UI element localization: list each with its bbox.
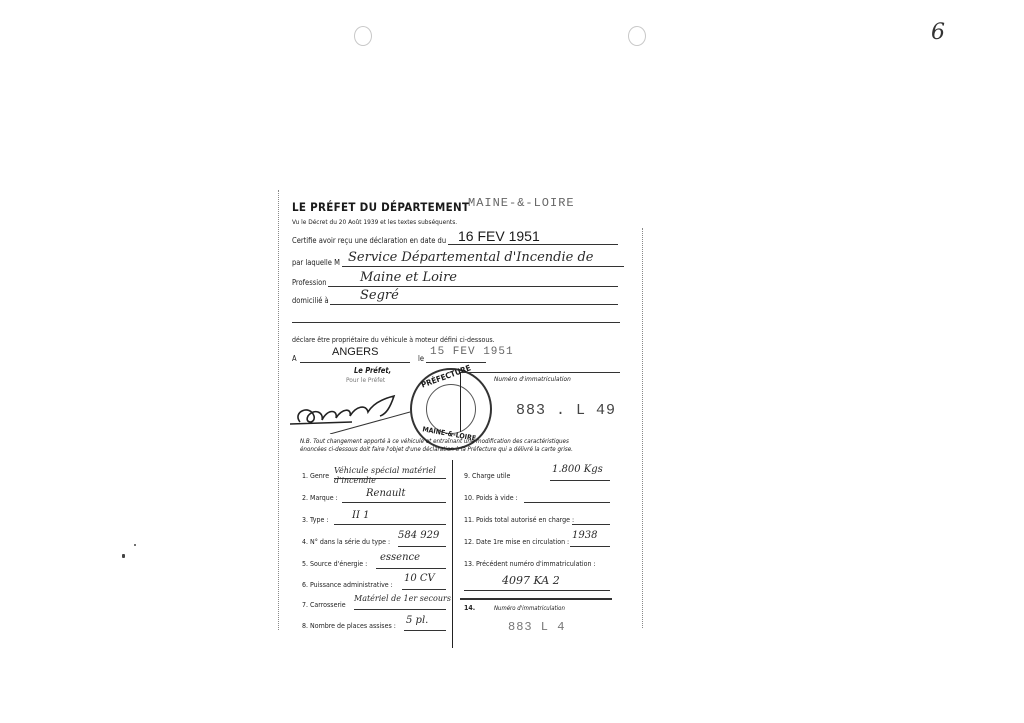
field-line <box>354 609 446 610</box>
right-margin-dots <box>642 228 644 628</box>
field-line <box>464 590 610 591</box>
field-value: essence <box>380 552 420 563</box>
field-label: 1. Genre <box>302 472 329 480</box>
header-title: LE PRÉFET DU DÉPARTEMENT <box>292 200 469 214</box>
fields-divider <box>452 460 453 648</box>
by-value: Service Départemental d'Incendie de <box>348 250 593 265</box>
by-label: par laquelle M <box>292 258 340 267</box>
field-value: Matériel de 1er secours <box>354 594 451 603</box>
domicile-value: Segré <box>360 288 399 303</box>
field-label: 14. <box>464 604 475 612</box>
date-line <box>426 362 486 363</box>
field-value: Véhicule spécial matériel d'incendie <box>334 466 446 486</box>
certify-line <box>448 244 618 245</box>
profession-label: Profession <box>292 278 327 287</box>
certify-label: Certifie avoir reçu une déclaration en d… <box>292 236 446 245</box>
field-sublabel: Numéro d'immatriculation <box>494 605 565 612</box>
registration-divider <box>460 372 461 432</box>
place-line <box>300 362 410 363</box>
note-line-2: énoncées ci-dessous doit faire l'objet d… <box>300 446 573 453</box>
registration-card: LE PRÉFET DU DÉPARTEMENT MAINE-&-LOIRE V… <box>280 188 648 648</box>
field-line <box>550 480 610 481</box>
department-stamp: MAINE-&-LOIRE <box>468 196 575 210</box>
domicile-line <box>330 304 618 305</box>
field-value: 10 CV <box>404 573 435 584</box>
scan-speck <box>134 544 136 546</box>
page-number: 6 <box>931 20 945 45</box>
field-line <box>342 502 446 503</box>
field-value: II 1 <box>352 510 369 521</box>
field-line <box>398 546 446 547</box>
registration-label: Numéro d'immatriculation <box>494 375 571 383</box>
signature-subtitle: Pour le Préfet <box>346 376 385 384</box>
field-14-top-line <box>460 598 612 600</box>
field-label: 12. Date 1re mise en circulation : <box>464 538 569 546</box>
field-line <box>572 524 610 525</box>
field-value: 584 929 <box>398 530 439 541</box>
field-label: 7. Carrosserie <box>302 601 346 609</box>
by-line <box>342 266 624 267</box>
field-label: 10. Poids à vide : <box>464 494 518 502</box>
decree-text: Vu le Décret du 20 Août 1939 et les text… <box>292 218 457 226</box>
field-value: 5 pl. <box>406 615 428 626</box>
profession-value: Maine et Loire <box>360 270 457 285</box>
punch-hole-left <box>354 26 372 46</box>
field-value: Renault <box>366 488 406 499</box>
field-line <box>376 568 446 569</box>
field-line <box>570 546 610 547</box>
field-line <box>524 502 610 503</box>
signature-title: Le Préfet, <box>354 366 391 375</box>
field-label: 8. Nombre de places assises : <box>302 622 396 630</box>
field-value: 1938 <box>572 530 597 541</box>
owner-statement: déclare être propriétaire du véhicule à … <box>292 336 495 344</box>
field-line <box>404 630 446 631</box>
note-line-1: N.B. Tout changement apporté à ce véhicu… <box>300 438 569 445</box>
field-value: 1.800 Kgs <box>552 464 603 475</box>
profession-line <box>328 286 618 287</box>
domicile-label: domicilié à <box>292 296 329 305</box>
field-value: 883 L 4 <box>508 620 565 634</box>
field-label: 2. Marque : <box>302 494 338 502</box>
field-label: 11. Poids total autorisé en charge : <box>464 516 574 524</box>
field-label: 4. N° dans la série du type : <box>302 538 390 546</box>
date-label: le <box>418 354 424 363</box>
date-value: 15 FEV 1951 <box>430 346 514 358</box>
field-line <box>402 589 446 590</box>
place-label: A <box>292 354 297 363</box>
field-label: 6. Puissance administrative : <box>302 581 393 589</box>
registration-value: 883 . L 49 <box>516 402 616 419</box>
field-label: 3. Type : <box>302 516 328 524</box>
registration-line <box>460 372 620 373</box>
signature-scribble <box>290 394 420 434</box>
scan-speck <box>122 554 125 558</box>
field-value: 4097 KA 2 <box>502 574 560 587</box>
field-label: 9. Charge utile <box>464 472 510 480</box>
field-label: 5. Source d'énergie : <box>302 560 367 568</box>
left-margin-dots <box>278 190 280 630</box>
field-label: 13. Précédent numéro d'immatriculation : <box>464 560 596 568</box>
field-line <box>334 524 446 525</box>
place-value: ANGERS <box>332 346 378 358</box>
certify-date: 16 FEV 1951 <box>458 228 540 244</box>
blank-line <box>292 322 620 323</box>
field-line <box>334 478 446 479</box>
punch-hole-right <box>628 26 646 46</box>
